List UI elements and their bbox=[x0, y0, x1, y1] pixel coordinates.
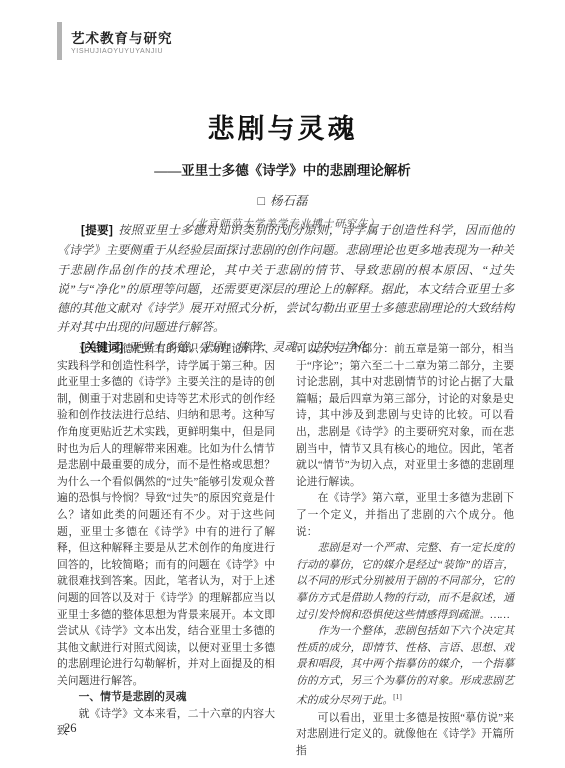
author-marker-icon: □ bbox=[257, 194, 265, 208]
body-paragraph-4: 可以看出，亚里士多德是按照“摹仿说”来对悲剧进行定义的。就像他在《诗学》开篇所指 bbox=[296, 710, 514, 760]
article-title: 悲剧与灵魂 bbox=[0, 107, 565, 146]
section-heading-1: 一、情节是悲剧的灵魂 bbox=[57, 689, 275, 706]
body-columns: 亚里士多德把所有的知识分为理论科学、实践科学和创造性科学，诗学属于第三种。因此亚… bbox=[57, 341, 514, 759]
abstract-text: 按照亚里士多德对知识类别的划分原则，诗学属于创造性科学，因而他的《诗学》主要侧重… bbox=[57, 223, 514, 334]
body-paragraph-3: 在《诗学》第六章，亚里士多德为悲剧下了一个定义，并指出了悲剧的六个成分。他说： bbox=[296, 490, 514, 540]
journal-pinyin: YISHUJIAOYUYUYANJIU bbox=[71, 48, 173, 55]
author-name: 杨石磊 bbox=[270, 194, 308, 208]
body-paragraph-1: 亚里士多德把所有的知识分为理论科学、实践科学和创造性科学，诗学属于第三种。因此亚… bbox=[57, 341, 275, 689]
quote-paragraph-1: 悲剧是对一个严肃、完整、有一定长度的行动的摹仿，它的媒介是经过“装饰”的语言，以… bbox=[296, 540, 514, 623]
author-line: □杨石磊 bbox=[0, 191, 565, 209]
abstract-label: [提要] bbox=[81, 225, 113, 237]
right-column: 可以分为三个部分：前五章是第一部分，相当于“序论”；第六至二十二章为第二部分，主… bbox=[296, 341, 514, 759]
journal-name: 艺术教育与研究 bbox=[71, 27, 173, 47]
body-paragraph-2-cont: 可以分为三个部分：前五章是第一部分，相当于“序论”；第六至二十二章为第二部分，主… bbox=[296, 341, 514, 490]
body-paragraph-2-start: 就《诗学》文本来看，二十六章的内容大致 bbox=[57, 706, 275, 739]
abstract-block: [提要]按照亚里士多德对知识类别的划分原则，诗学属于创造性科学，因而他的《诗学》… bbox=[57, 221, 514, 358]
left-column: 亚里士多德把所有的知识分为理论科学、实践科学和创造性科学，诗学属于第三种。因此亚… bbox=[57, 341, 275, 759]
journal-badge: 艺术教育与研究 YISHUJIAOYUYUYANJIU bbox=[57, 22, 173, 60]
title-block: 悲剧与灵魂 ——亚里士多德《诗学》中的悲剧理论解析 □杨石磊 （北京师范大学美学… bbox=[0, 107, 565, 231]
paper-page: 艺术教育与研究 YISHUJIAOYUYUYANJIU 悲剧与灵魂 ——亚里士多… bbox=[0, 0, 565, 768]
footnote-ref-1: [1] bbox=[393, 692, 402, 701]
quote-paragraph-2: 作为一个整体，悲剧包括如下六个决定其性质的成分，即情节、性格、言语、思想、戏景和… bbox=[296, 623, 514, 710]
page-number: 26 bbox=[64, 721, 77, 736]
abstract-paragraph: [提要]按照亚里士多德对知识类别的划分原则，诗学属于创造性科学，因而他的《诗学》… bbox=[57, 221, 514, 338]
article-subtitle: ——亚里士多德《诗学》中的悲剧理论解析 bbox=[0, 159, 565, 179]
quote-2-text: 作为一个整体，悲剧包括如下六个决定其性质的成分，即情节、性格、言语、思想、戏景和… bbox=[296, 625, 514, 707]
